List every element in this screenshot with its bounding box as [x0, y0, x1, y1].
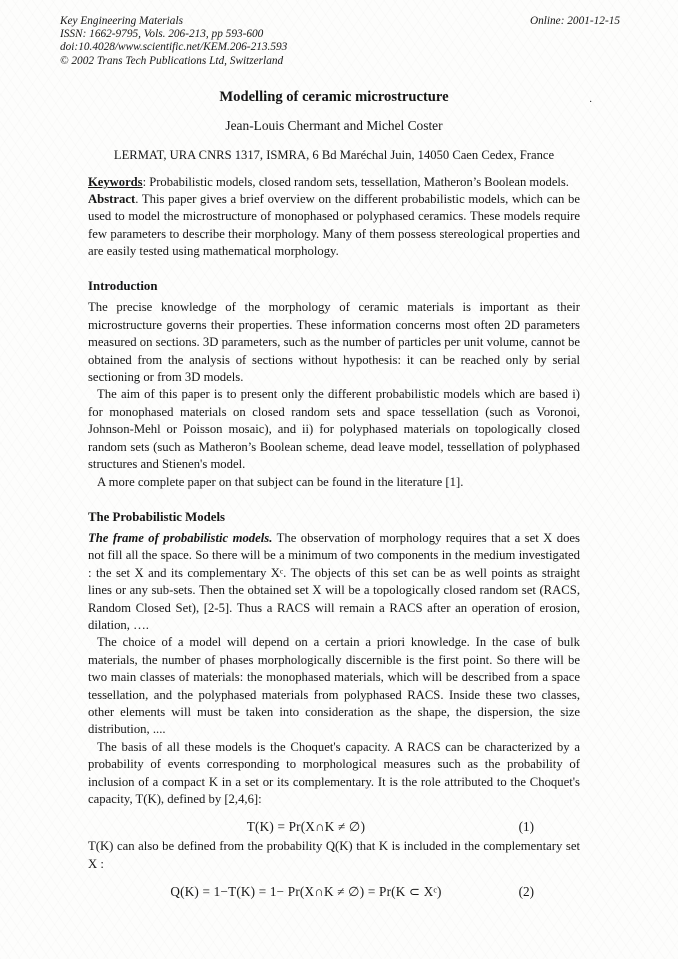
copyright-line: © 2002 Trans Tech Publications Ltd, Swit… — [60, 55, 287, 68]
models-paragraph-3: The basis of all these models is the Cho… — [88, 739, 580, 809]
intro-paragraph-1: The precise knowledge of the morphology … — [88, 299, 580, 386]
equation-1-number: (1) — [519, 819, 534, 835]
affiliation: LERMAT, URA CNRS 1317, ISMRA, 6 Bd Maréc… — [88, 148, 580, 163]
equation-1-formula: T(K) = Pr(X∩K ≠ ∅) — [60, 819, 552, 835]
frame-lead: The frame of probabilistic models. — [88, 531, 272, 545]
journal-header-left: Key Engineering Materials ISSN: 1662-979… — [60, 15, 287, 68]
section-heading-introduction: Introduction — [88, 279, 580, 294]
keywords-line: Keywords: Probabilistic models, closed r… — [88, 174, 580, 191]
keywords-label: Keywords — [88, 175, 143, 189]
section-heading-probabilistic-models: The Probabilistic Models — [88, 510, 580, 525]
intro-paragraph-3: A more complete paper on that subject ca… — [88, 474, 580, 491]
models-paragraph-2: The choice of a model will depend on a c… — [88, 634, 580, 738]
equation-2-number: (2) — [519, 884, 534, 900]
keywords-text: : Probabilistic models, closed random se… — [143, 175, 569, 189]
abstract: Abstract. This paper gives a brief overv… — [88, 191, 580, 261]
equation-1: T(K) = Pr(X∩K ≠ ∅) (1) — [88, 819, 580, 838]
frame-text: The observation of morphology requires t… — [88, 531, 580, 632]
journal-header: Key Engineering Materials ISSN: 1662-979… — [0, 0, 678, 68]
paper-title-text: Modelling of ceramic microstructure — [219, 89, 448, 105]
paper-content: Modelling of ceramic microstructure . Je… — [0, 89, 678, 903]
journal-title: Key Engineering Materials — [60, 15, 287, 28]
equation-2: Q(K) = 1−T(K) = 1− Pr(X∩K ≠ ∅) = Pr(K ⊂ … — [88, 884, 580, 903]
paper-title: Modelling of ceramic microstructure . — [88, 89, 580, 106]
between-equations-text: T(K) can also be defined from the probab… — [88, 838, 580, 873]
abstract-text: . This paper gives a brief overview on t… — [88, 192, 580, 258]
intro-paragraph-2: The aim of this paper is to present only… — [88, 386, 580, 473]
abstract-label: Abstract — [88, 192, 135, 206]
doi-line: doi:10.4028/www.scientific.net/KEM.206-2… — [60, 41, 287, 54]
paper-page: Key Engineering Materials ISSN: 1662-979… — [0, 0, 678, 959]
authors: Jean-Louis Chermant and Michel Coster — [88, 118, 580, 134]
equation-2-formula: Q(K) = 1−T(K) = 1− Pr(X∩K ≠ ∅) = Pr(K ⊂ … — [60, 884, 552, 900]
issn-line: ISSN: 1662-9795, Vols. 206-213, pp 593-6… — [60, 28, 287, 41]
online-date: Online: 2001-12-15 — [530, 15, 620, 28]
frame-paragraph: The frame of probabilistic models. The o… — [88, 530, 580, 634]
scan-artifact-dot: . — [589, 93, 592, 105]
